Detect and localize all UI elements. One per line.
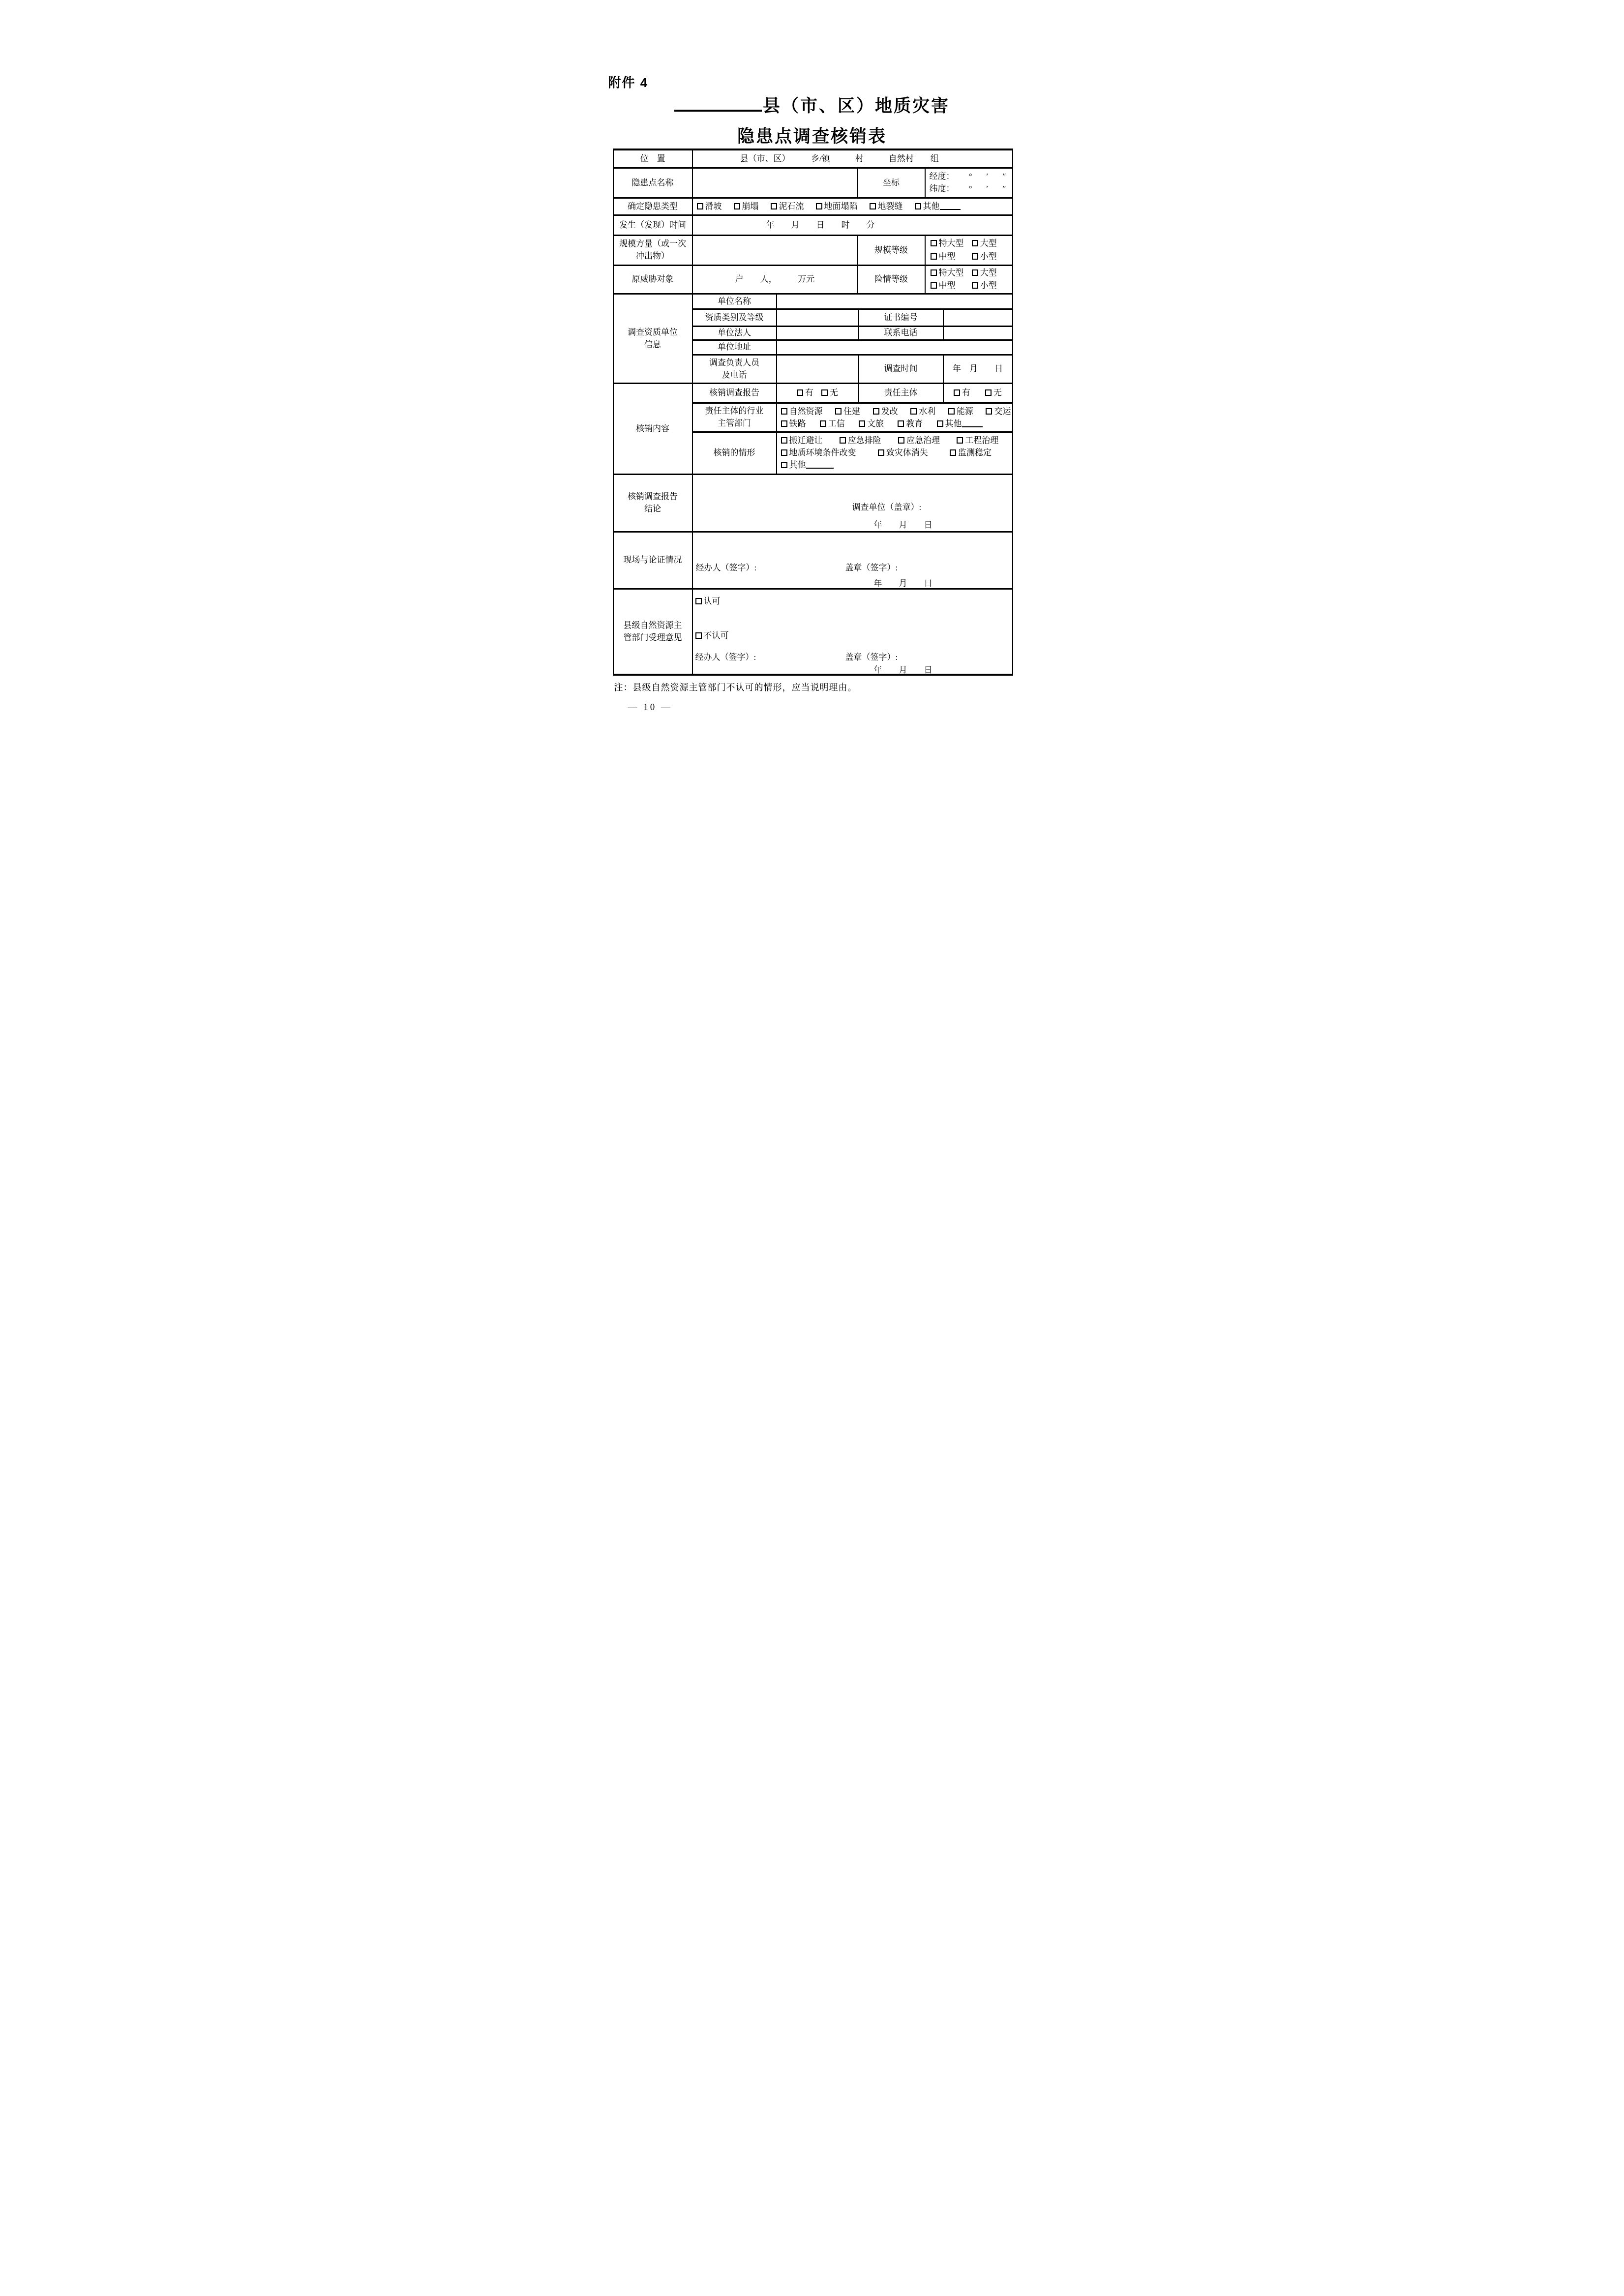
hazard-type-label: 确定隐患类型: [614, 199, 692, 214]
checkbox-icon[interactable]: [972, 253, 978, 260]
checkbox-option: 教育: [898, 418, 923, 430]
attachment-label: 附件 4: [608, 73, 649, 91]
checkbox-option: 交运: [986, 406, 1011, 418]
checkbox-option: 大型: [972, 238, 1010, 250]
checkbox-option: 中型: [931, 251, 972, 263]
checkbox-option: 特大型: [931, 267, 972, 279]
group-verify-content: 核销内容 核销调查报告 有 无 责任主体 有 无 责任主体的行: [614, 383, 1012, 474]
situation-options: 搬迁避让 应急排险 应急治理 工程治理 地质环境条件改变 致灾体消失 监测稳定: [776, 433, 1012, 474]
checkbox-icon[interactable]: [734, 203, 740, 209]
option-label: 小型: [980, 252, 997, 261]
title-line1-text: 县（市、区）地质灾害: [763, 96, 950, 116]
checkbox-icon[interactable]: [931, 253, 937, 260]
option-label: 应急排险: [848, 436, 881, 445]
unit-name-input-cell: [776, 295, 1012, 308]
document-page: 附件 4 县（市、区）地质灾害 隐患点调查核销表 位 置 县（市、区） 乡/镇 …: [541, 0, 1083, 765]
approve-option: 认可: [695, 596, 721, 608]
agency-group-rows: 单位名称 资质类别及等级 证书编号 单位法人 联系电话 单位地址: [692, 295, 1012, 383]
situation-options-line1: 搬迁避让 应急排险 应急治理 工程治理: [781, 435, 1012, 447]
situation-options-line3: 其他: [781, 459, 1012, 472]
option-label: 铁路: [789, 419, 806, 428]
option-label: 教育: [906, 419, 923, 428]
qualification-label: 资质类别及等级: [693, 310, 776, 325]
checkbox-icon[interactable]: [840, 437, 846, 444]
row-location: 位 置 县（市、区） 乡/镇 村 自然村 组: [614, 150, 1012, 167]
row-scale: 规模方量（或一次冲出物） 规模等级 特大型 大型 中型 小型: [614, 235, 1012, 265]
other-blank-line: [962, 420, 983, 427]
group-agency-info: 调查资质单位信息 单位名称 资质类别及等级 证书编号 单位法人 联系电话: [614, 293, 1012, 383]
option-label: 认可: [704, 596, 721, 606]
longitude-minute-symbol: ′: [987, 171, 989, 183]
checkbox-option: 水利: [910, 406, 935, 418]
survey-time-value: 年 月 日: [943, 356, 1012, 383]
option-label: 其他: [945, 419, 962, 428]
other-blank-line: [940, 203, 961, 210]
latitude-line: 纬度： ° ′ ″: [926, 183, 1012, 195]
checkbox-icon[interactable]: [781, 449, 787, 456]
other-blank-line: [806, 462, 834, 469]
disapprove-option: 不认可: [695, 630, 729, 642]
checkbox-option: 文旅: [859, 418, 884, 430]
verify-group-rows: 核销调查报告 有 无 责任主体 有 无 责任主体的行业主管部门: [692, 384, 1012, 474]
county-opinion-label-line1: 县级自然资源主: [624, 620, 682, 632]
checkbox-icon[interactable]: [816, 203, 822, 209]
row-dept: 责任主体的行业主管部门 自然资源 住建 发改 水利 能源 交运: [693, 402, 1012, 431]
county-signer-label: 经办人（签字）:: [695, 652, 756, 664]
option-label: 文旅: [867, 419, 884, 428]
option-label: 不认可: [704, 631, 729, 640]
row-threat: 原威胁对象 户 人， 万元 险情等级 特大型 大型 中型 小型: [614, 265, 1012, 293]
latitude-second-symbol: ″: [1002, 183, 1006, 195]
checkbox-icon[interactable]: [931, 282, 937, 289]
checkbox-option: 能源: [948, 406, 973, 418]
option-label: 滑坡: [705, 202, 722, 211]
checkbox-option: 无: [821, 387, 838, 399]
footnote: 注：县级自然资源主管部门不认可的情形，应当说明理由。: [614, 681, 857, 693]
certificate-no-label: 证书编号: [858, 310, 943, 325]
row-scene: 现场与论证情况 经办人（签字）: 盖章（签字）: 年 月 日: [614, 531, 1012, 588]
checkbox-icon[interactable]: [873, 408, 879, 415]
checkbox-icon[interactable]: [972, 269, 978, 276]
agency-group-label-line2: 信息: [628, 339, 678, 351]
checkbox-icon[interactable]: [954, 389, 960, 396]
scale-grade-options: 特大型 大型 中型 小型: [925, 236, 1012, 265]
checkbox-icon[interactable]: [972, 282, 978, 289]
checkbox-option: 地面塌陷: [816, 201, 858, 213]
longitude-degree-symbol: °: [969, 171, 972, 183]
checkbox-option: 搬迁避让: [781, 435, 823, 447]
checkbox-icon[interactable]: [878, 449, 884, 456]
checkbox-option-other: 其他: [781, 459, 834, 472]
row-address: 单位地址: [693, 339, 1012, 354]
option-label: 发改: [881, 407, 898, 416]
longitude-second-symbol: ″: [1002, 171, 1006, 183]
checkbox-option: 滑坡: [697, 201, 722, 213]
option-label: 特大型: [939, 239, 964, 248]
scene-content-cell: 经办人（签字）: 盖章（签字）: 年 月 日: [692, 533, 1012, 588]
option-label: 交运: [994, 407, 1011, 416]
conclusion-label: 核销调查报告结论: [614, 475, 692, 531]
scale-input-cell: [692, 236, 857, 265]
option-label: 中型: [939, 281, 956, 290]
conclusion-date: 年 月 日: [874, 519, 932, 531]
option-label: 搬迁避让: [789, 436, 823, 445]
legal-person-label: 单位法人: [693, 327, 776, 340]
phone-input-cell: [943, 327, 1012, 340]
option-label: 泥石流: [779, 202, 804, 211]
checkbox-icon[interactable]: [915, 203, 921, 209]
dept-options-line2: 铁路 工信 文旅 教育 其他: [781, 418, 1012, 430]
scale-label-line2: 冲出物）: [619, 250, 686, 263]
checkbox-option: 小型: [972, 251, 1010, 263]
checkbox-icon[interactable]: [859, 420, 865, 427]
option-label: 中型: [939, 252, 956, 261]
option-label: 有: [805, 388, 813, 397]
title-blank-line: [674, 95, 762, 112]
location-value: 县（市、区） 乡/镇 村 自然村 组: [692, 150, 1012, 167]
scale-label: 规模方量（或一次冲出物）: [614, 236, 692, 265]
conclusion-content-cell: 调查单位（盖章）: 年 月 日: [692, 475, 1012, 531]
latitude-degree-symbol: °: [969, 183, 972, 195]
option-label: 有: [962, 388, 970, 397]
checkbox-icon[interactable]: [972, 240, 978, 246]
verify-report-options: 有 无: [776, 384, 858, 402]
checkbox-icon[interactable]: [771, 203, 777, 209]
option-label: 其他: [923, 202, 940, 211]
row-qualification: 资质类别及等级 证书编号: [693, 308, 1012, 325]
document-title-line2: 隐患点调查核销表: [541, 123, 1083, 148]
checkbox-option: 自然资源: [781, 406, 823, 418]
survey-time-label: 调查时间: [858, 356, 943, 383]
scene-date: 年 月 日: [874, 578, 932, 588]
occur-time-value: 年 月 日 时 分: [692, 216, 1012, 235]
row-survey-leader: 调查负责人员及电话 调查时间 年 月 日: [693, 354, 1012, 383]
checkbox-option: 特大型: [931, 238, 972, 250]
scene-label: 现场与论证情况: [614, 533, 692, 588]
option-label: 监测稳定: [958, 448, 992, 457]
option-label: 自然资源: [789, 407, 823, 416]
option-label: 地裂缝: [878, 202, 903, 211]
checkbox-option: 住建: [835, 406, 860, 418]
unit-name-label: 单位名称: [693, 295, 776, 308]
point-name-input-cell: [692, 169, 857, 197]
address-input-cell: [776, 341, 1012, 354]
dept-label-line1: 责任主体的行业: [705, 405, 764, 417]
row-hazard-type: 确定隐患类型 滑坡 崩塌 泥石流 地面塌陷 地裂缝 其他: [614, 197, 1012, 214]
checkbox-icon[interactable]: [948, 408, 955, 415]
row-verify-report: 核销调查报告 有 无 责任主体 有 无: [693, 384, 1012, 402]
coordinate-label: 坐标: [857, 169, 925, 197]
checkbox-icon[interactable]: [957, 437, 963, 444]
checkbox-icon[interactable]: [697, 203, 703, 209]
checkbox-icon[interactable]: [695, 598, 702, 604]
dept-label-line2: 主管部门: [705, 417, 764, 430]
checkbox-option: 大型: [972, 267, 1010, 279]
threat-value: 户 人， 万元: [692, 266, 857, 293]
scale-grade-label: 规模等级: [857, 236, 925, 265]
checkbox-option: 无: [985, 387, 1002, 399]
situation-label: 核销的情形: [693, 433, 776, 474]
checkbox-option: 崩塌: [734, 201, 759, 213]
dept-label: 责任主体的行业主管部门: [693, 404, 776, 431]
longitude-label: 经度：: [930, 171, 955, 183]
checkbox-icon[interactable]: [781, 437, 787, 444]
checkbox-icon[interactable]: [986, 408, 992, 415]
checkbox-option: 有: [797, 387, 813, 399]
agency-group-label: 调查资质单位信息: [614, 295, 692, 383]
certificate-no-input-cell: [943, 310, 1012, 325]
option-label: 工信: [828, 419, 845, 428]
checkbox-option: 工信: [820, 418, 845, 430]
checkbox-option: 泥石流: [771, 201, 804, 213]
checkbox-icon[interactable]: [937, 420, 943, 427]
option-label: 崩塌: [742, 202, 759, 211]
checkbox-icon[interactable]: [797, 389, 803, 396]
survey-leader-label-line2: 及电话: [709, 369, 759, 382]
row-legal-person: 单位法人 联系电话: [693, 326, 1012, 340]
dept-options-line1: 自然资源 住建 发改 水利 能源 交运: [781, 406, 1012, 418]
checkbox-option: 应急排险: [840, 435, 881, 447]
checkbox-icon[interactable]: [931, 240, 937, 246]
checkbox-option-other: 其他: [937, 418, 983, 430]
county-seal-label: 盖章（签字）:: [845, 652, 898, 664]
checkbox-option: 地裂缝: [870, 201, 903, 213]
qualification-input-cell: [776, 310, 858, 325]
checkbox-option: 中型: [931, 280, 972, 292]
checkbox-option: 发改: [873, 406, 898, 418]
survey-leader-label-line1: 调查负责人员: [709, 357, 759, 369]
row-occur-time: 发生（发现）时间 年 月 日 时 分: [614, 214, 1012, 235]
phone-label: 联系电话: [858, 327, 943, 340]
dept-options: 自然资源 住建 发改 水利 能源 交运 铁路 工信 文旅: [776, 404, 1012, 431]
checkbox-option: 致灾体消失: [878, 447, 928, 459]
point-name-label: 隐患点名称: [614, 169, 692, 197]
option-label: 住建: [843, 407, 860, 416]
checkbox-icon[interactable]: [820, 420, 826, 427]
document-title-line1: 县（市、区）地质灾害: [541, 92, 1083, 117]
situation-options-line2: 地质环境条件改变 致灾体消失 监测稳定: [781, 447, 1012, 459]
option-label: 水利: [919, 407, 935, 416]
checkbox-icon[interactable]: [695, 632, 702, 639]
checkbox-icon[interactable]: [910, 408, 917, 415]
form-table: 位 置 县（市、区） 乡/镇 村 自然村 组 隐患点名称 坐标 经度： ° ′ …: [613, 149, 1013, 676]
row-point-name: 隐患点名称 坐标 经度： ° ′ ″ 纬度： ° ′ ″: [614, 167, 1012, 197]
option-label: 无: [830, 388, 838, 397]
checkbox-option: 应急治理: [898, 435, 940, 447]
option-label: 无: [993, 388, 1002, 397]
checkbox-option: 监测稳定: [950, 447, 992, 459]
responsible-subject-options: 有 无: [943, 384, 1012, 402]
scene-signer-label: 经办人（签字）:: [696, 562, 757, 574]
conclusion-label-line1: 核销调查报告: [628, 491, 678, 503]
option-label: 小型: [980, 281, 997, 290]
row-unit-name: 单位名称: [693, 295, 1012, 308]
checkbox-icon[interactable]: [898, 437, 904, 444]
checkbox-icon[interactable]: [781, 420, 787, 427]
checkbox-icon[interactable]: [781, 408, 787, 415]
option-label: 地质环境条件改变: [789, 448, 856, 457]
checkbox-option: 铁路: [781, 418, 806, 430]
option-label: 大型: [980, 239, 997, 248]
verify-group-label: 核销内容: [614, 384, 692, 474]
location-label: 位 置: [614, 150, 692, 167]
hazard-type-options: 滑坡 崩塌 泥石流 地面塌陷 地裂缝 其他: [692, 199, 1012, 214]
checkbox-icon[interactable]: [821, 389, 828, 396]
checkbox-icon[interactable]: [870, 203, 876, 209]
checkbox-option: 小型: [972, 280, 1010, 292]
county-opinion-label-line2: 管部门受理意见: [624, 632, 682, 644]
latitude-label: 纬度：: [930, 183, 955, 195]
checkbox-option: 有: [954, 387, 970, 399]
row-county-opinion: 县级自然资源主管部门受理意见 认可 不认可 经办人（签字）: 盖章（签字）: 年…: [614, 588, 1012, 674]
checkbox-icon[interactable]: [985, 389, 992, 396]
address-label: 单位地址: [693, 341, 776, 354]
threat-label: 原威胁对象: [614, 266, 692, 293]
option-label: 其他: [789, 460, 806, 470]
page-number: — 10 —: [628, 702, 673, 713]
option-label: 工程治理: [965, 436, 998, 445]
legal-person-input-cell: [776, 327, 858, 340]
row-situation: 核销的情形 搬迁避让 应急排险 应急治理 工程治理 地质环境条件改变: [693, 431, 1012, 474]
longitude-line: 经度： ° ′ ″: [926, 171, 1012, 183]
checkbox-option: 工程治理: [957, 435, 998, 447]
county-opinion-label: 县级自然资源主管部门受理意见: [614, 590, 692, 674]
checkbox-option: 地质环境条件改变: [781, 447, 856, 459]
option-label: 地面塌陷: [824, 202, 858, 211]
survey-leader-label: 调查负责人员及电话: [693, 356, 776, 383]
checkbox-icon[interactable]: [898, 420, 904, 427]
option-label: 特大型: [939, 268, 964, 277]
scene-seal-label: 盖章（签字）:: [845, 562, 898, 574]
checkbox-icon[interactable]: [931, 269, 937, 276]
county-date: 年 月 日: [874, 664, 932, 674]
row-conclusion: 核销调查报告结论 调查单位（盖章）: 年 月 日: [614, 474, 1012, 531]
latitude-minute-symbol: ′: [987, 183, 989, 195]
survey-leader-input-cell: [776, 356, 858, 383]
checkbox-icon[interactable]: [781, 462, 787, 468]
option-label: 致灾体消失: [886, 448, 928, 457]
threat-grade-label: 险情等级: [857, 266, 925, 293]
option-label: 应急治理: [906, 436, 940, 445]
agency-group-label-line1: 调查资质单位: [628, 327, 678, 339]
occur-time-label: 发生（发现）时间: [614, 216, 692, 235]
survey-unit-seal-label: 调查单位（盖章）:: [852, 502, 922, 514]
checkbox-icon[interactable]: [950, 449, 956, 456]
verify-report-label: 核销调查报告: [693, 384, 776, 402]
threat-grade-options: 特大型 大型 中型 小型: [925, 266, 1012, 293]
checkbox-icon[interactable]: [835, 408, 842, 415]
scale-label-line1: 规模方量（或一次: [619, 238, 686, 250]
checkbox-option-other: 其他: [915, 201, 961, 213]
coordinate-value-cell: 经度： ° ′ ″ 纬度： ° ′ ″: [925, 169, 1012, 197]
conclusion-label-line2: 结论: [628, 503, 678, 515]
option-label: 能源: [957, 407, 973, 416]
option-label: 大型: [980, 268, 997, 277]
responsible-subject-label: 责任主体: [858, 384, 943, 402]
county-opinion-content-cell: 认可 不认可 经办人（签字）: 盖章（签字）: 年 月 日: [692, 590, 1012, 674]
